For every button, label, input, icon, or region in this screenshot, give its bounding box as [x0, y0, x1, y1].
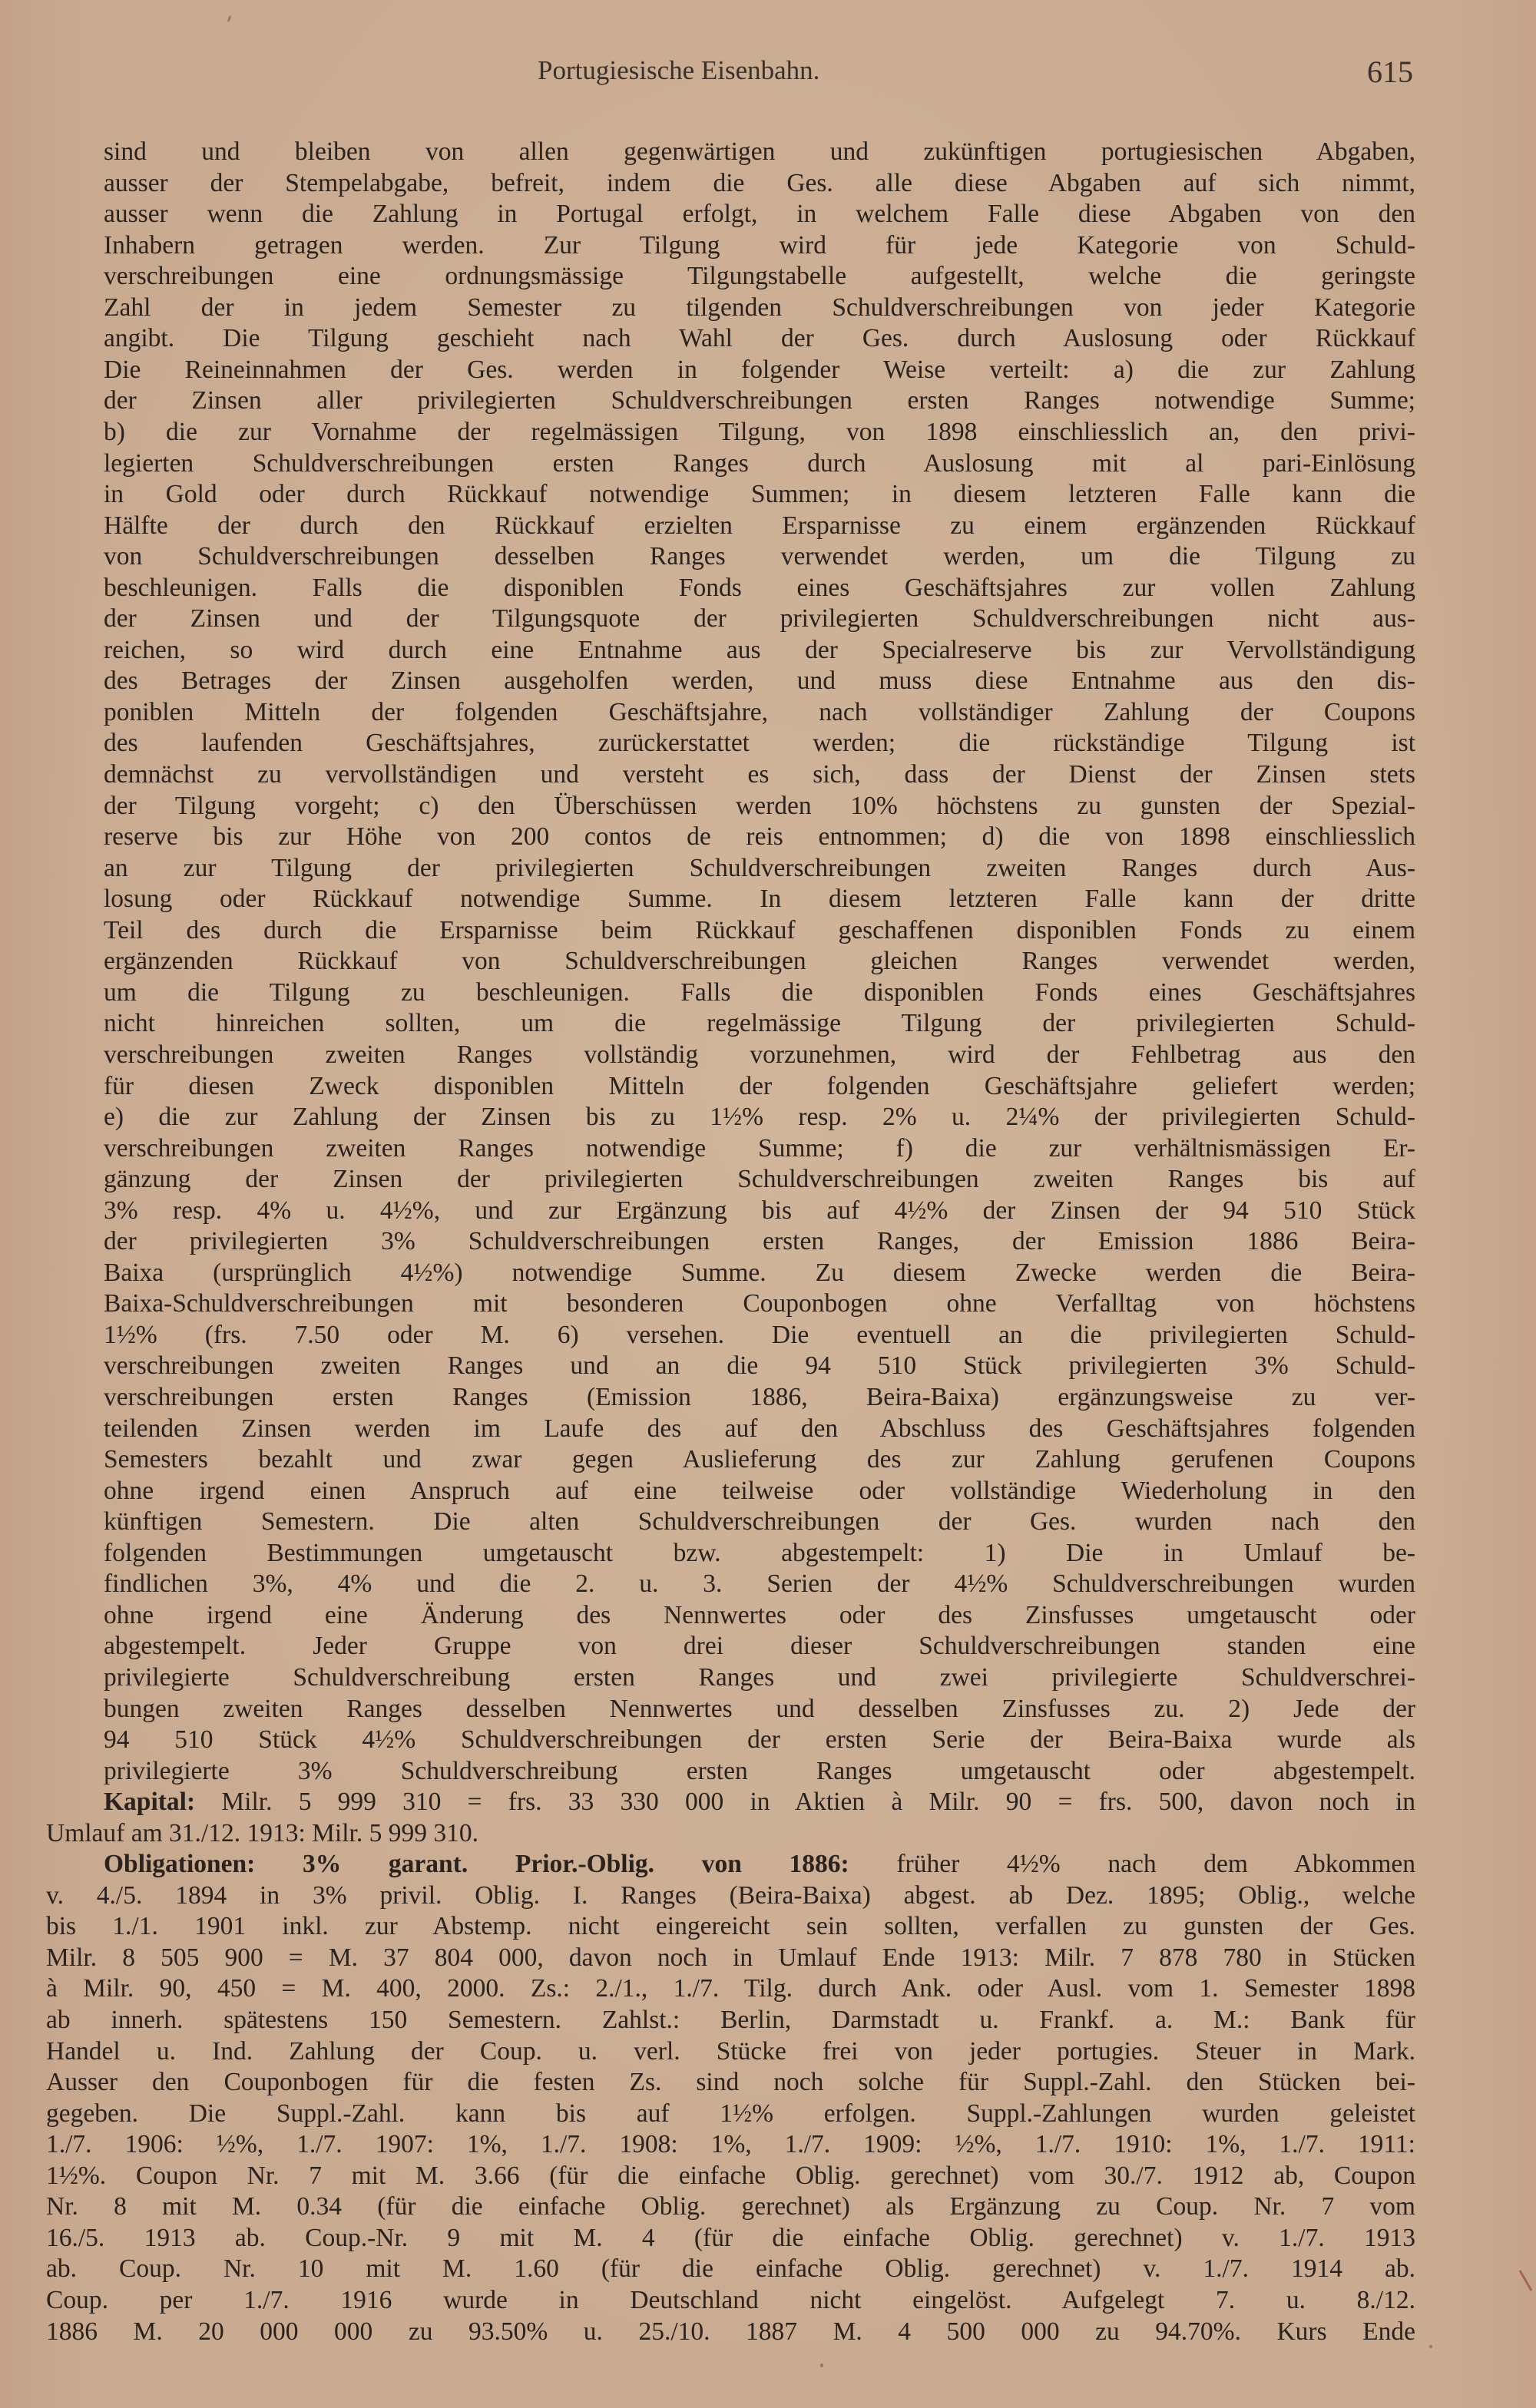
paragraph-line: reserve bis zur Höhe von 200 contos de r… — [104, 822, 1415, 852]
paragraph-line: abgestempelt. Jeder Gruppe von drei dies… — [104, 1631, 1415, 1662]
obligationen-line: Handel u. Ind. Zahlung der Coup. u. verl… — [46, 2036, 1415, 2067]
obligationen-label: Obligationen: 3% garant. Prior.-Oblig. v… — [104, 1850, 849, 1878]
obligationen-line: 1½%. Coupon Nr. 7 mit M. 3.66 (für die e… — [46, 2161, 1415, 2191]
paragraph-line: verschreibungen ersten Ranges (Emission … — [104, 1382, 1415, 1413]
paragraph-line: b) die zur Vornahme der regelmässigen Ti… — [104, 417, 1415, 448]
paragraph-line: Semesters bezahlt und zwar gegen Auslief… — [104, 1444, 1415, 1475]
paragraph-line: für diesen Zweck disponiblen Mitteln der… — [104, 1071, 1415, 1102]
paragraph-line: Inhabern getragen werden. Zur Tilgung wi… — [104, 230, 1415, 261]
paper-speck — [820, 2363, 823, 2367]
paragraph-line: e) die zur Zahlung der Zinsen bis zu 1½%… — [104, 1102, 1415, 1133]
paragraph-line: ausser wenn die Zahlung in Portugal erfo… — [104, 199, 1415, 230]
obligationen-line: à Milr. 90, 450 = M. 400, 2000. Zs.: 2./… — [46, 1973, 1415, 2004]
kapital-line: Kapital: Milr. 5 999 310 = frs. 33 330 0… — [104, 1787, 1415, 1818]
paragraph-line: nicht hinreichen sollten, um die regelmä… — [104, 1008, 1415, 1039]
section-text: früher 4½% nach dem Abkommen — [849, 1850, 1415, 1878]
paragraph-line: 1½% (frs. 7.50 oder M. 6) versehen. Die … — [104, 1320, 1415, 1351]
paragraph-line: 94 510 Stück 4½% Schuldverschreibungen d… — [104, 1725, 1415, 1755]
running-title: Portugiesische Eisenbahn. — [538, 55, 819, 86]
paragraph-line: poniblen Mitteln der folgenden Geschäfts… — [104, 697, 1415, 728]
obligationen-line: gegeben. Die Suppl.-Zahl. kann bis auf 1… — [46, 2099, 1415, 2129]
paragraph-line: ergänzenden Rückkauf von Schuldverschrei… — [104, 946, 1415, 977]
obligationen-line: Coup. per 1./7. 1916 wurde in Deutschlan… — [46, 2285, 1415, 2316]
paragraph-line: verschreibungen zweiten Ranges vollständ… — [104, 1040, 1415, 1070]
obligationen-line: Obligationen: 3% garant. Prior.-Oblig. v… — [104, 1849, 1415, 1880]
paragraph-line: legierten Schuldverschreibungen ersten R… — [104, 448, 1415, 479]
paragraph-line: bungen zweiten Ranges desselben Nennwert… — [104, 1694, 1415, 1725]
paragraph-line: Baixa-Schuldverschreibungen mit besonder… — [104, 1288, 1415, 1319]
paragraph-line: Baixa (ursprünglich 4½%) notwendige Summ… — [104, 1258, 1415, 1288]
paper-speck — [1429, 2345, 1432, 2348]
obligationen-line: Ausser den Couponbogen für die festen Zs… — [46, 2067, 1415, 2098]
paragraph-line: privilegierte Schuldverschreibung ersten… — [104, 1662, 1415, 1693]
paragraph-line: reichen, so wird durch eine Entnahme aus… — [104, 635, 1415, 666]
page-number: 615 — [1367, 54, 1413, 90]
paragraph-line: angibt. Die Tilgung geschieht nach Wahl … — [104, 323, 1415, 354]
document-page: Portugiesische Eisenbahn. 615 sind und b… — [0, 0, 1536, 2408]
paragraph-line: losung oder Rückkauf notwendige Summe. I… — [104, 884, 1415, 915]
paragraph-line: beschleunigen. Falls die disponiblen Fon… — [104, 573, 1415, 604]
paragraph-line: der Zinsen und der Tilgungsquote der pri… — [104, 604, 1415, 634]
paragraph-line: ohne irgend eine Änderung des Nennwertes… — [104, 1600, 1415, 1631]
paragraph-line: Hälfte der durch den Rückkauf erzielten … — [104, 511, 1415, 541]
paper-scratch — [1519, 2270, 1533, 2291]
paper-speck — [227, 15, 232, 22]
paragraph-line: des Betrages der Zinsen ausgeholfen werd… — [104, 666, 1415, 696]
paragraph-line: künftigen Semestern. Die alten Schuldver… — [104, 1507, 1415, 1537]
obligationen-line: 1./7. 1906: ½%, 1./7. 1907: 1%, 1./7. 19… — [46, 2129, 1415, 2160]
obligationen-line: 1886 M. 20 000 000 zu 93.50% u. 25./10. … — [46, 2317, 1415, 2347]
obligationen-line: ab. Coup. Nr. 10 mit M. 1.60 (für die ei… — [46, 2254, 1415, 2284]
paragraph-line: demnächst zu vervollständigen und verste… — [104, 759, 1415, 790]
paragraph-line: Zahl der in jedem Semester zu tilgenden … — [104, 293, 1415, 323]
obligationen-line: 16./5. 1913 ab. Coup.-Nr. 9 mit M. 4 (fü… — [46, 2223, 1415, 2254]
paragraph-line: teilenden Zinsen werden im Laufe des auf… — [104, 1414, 1415, 1444]
paragraph-line: findlichen 3%, 4% und die 2. u. 3. Serie… — [104, 1569, 1415, 1599]
paragraph-line: folgenden Bestimmungen umgetauscht bzw. … — [104, 1538, 1415, 1569]
paragraph-line: der privilegierten 3% Schuldverschreibun… — [104, 1226, 1415, 1257]
paragraph-line: an zur Tilgung der privilegierten Schuld… — [104, 853, 1415, 884]
paragraph-line: gänzung der Zinsen der privilegierten Sc… — [104, 1164, 1415, 1195]
paragraph-line: der Tilgung vorgeht; c) den Überschüssen… — [104, 791, 1415, 822]
paragraph-line: 3% resp. 4% u. 4½%, und zur Ergänzung bi… — [104, 1196, 1415, 1226]
obligationen-line: v. 4./5. 1894 in 3% privil. Oblig. I. Ra… — [46, 1880, 1415, 1911]
paragraph-line: der Zinsen aller privilegierten Schuldve… — [104, 385, 1415, 416]
obligationen-line: Milr. 8 505 900 = M. 37 804 000, davon n… — [46, 1943, 1415, 1973]
section-text: Milr. 5 999 310 = frs. 33 330 000 in Akt… — [195, 1788, 1415, 1816]
paragraph-line: Teil des durch die Ersparnisse beim Rück… — [104, 915, 1415, 946]
paragraph-line: privilegierte 3% Schuldverschreibung ers… — [104, 1756, 1415, 1787]
kapital-label: Kapital: — [104, 1788, 195, 1816]
paragraph-line: verschreibungen zweiten Ranges notwendig… — [104, 1133, 1415, 1164]
obligationen-line: Nr. 8 mit M. 0.34 (für die einfache Obli… — [46, 2191, 1415, 2222]
paragraph-line: Die Reineinnahmen der Ges. werden in fol… — [104, 355, 1415, 385]
kapital-line: Umlauf am 31./12. 1913: Milr. 5 999 310. — [46, 1818, 1415, 1849]
paragraph-line: verschreibungen eine ordnungsmässige Til… — [104, 261, 1415, 292]
paragraph-line: um die Tilgung zu beschleunigen. Falls d… — [104, 977, 1415, 1008]
paragraph-line: in Gold oder durch Rückkauf notwendige S… — [104, 479, 1415, 510]
paragraph-line: des laufenden Geschäftsjahres, zurückers… — [104, 728, 1415, 759]
paragraph-line: sind und bleiben von allen gegenwärtigen… — [104, 137, 1415, 167]
paragraph-line: ohne irgend einen Anspruch auf eine teil… — [104, 1476, 1415, 1507]
paragraph-line: ausser der Stempelabgabe, befreit, indem… — [104, 168, 1415, 199]
paragraph-line: verschreibungen zweiten Ranges und an di… — [104, 1351, 1415, 1381]
obligationen-line: ab innerh. spätestens 150 Semestern. Zah… — [46, 2005, 1415, 2036]
obligationen-line: bis 1./1. 1901 inkl. zur Abstemp. nicht … — [46, 1911, 1415, 1942]
paragraph-line: von Schuldverschreibungen desselben Rang… — [104, 541, 1415, 572]
